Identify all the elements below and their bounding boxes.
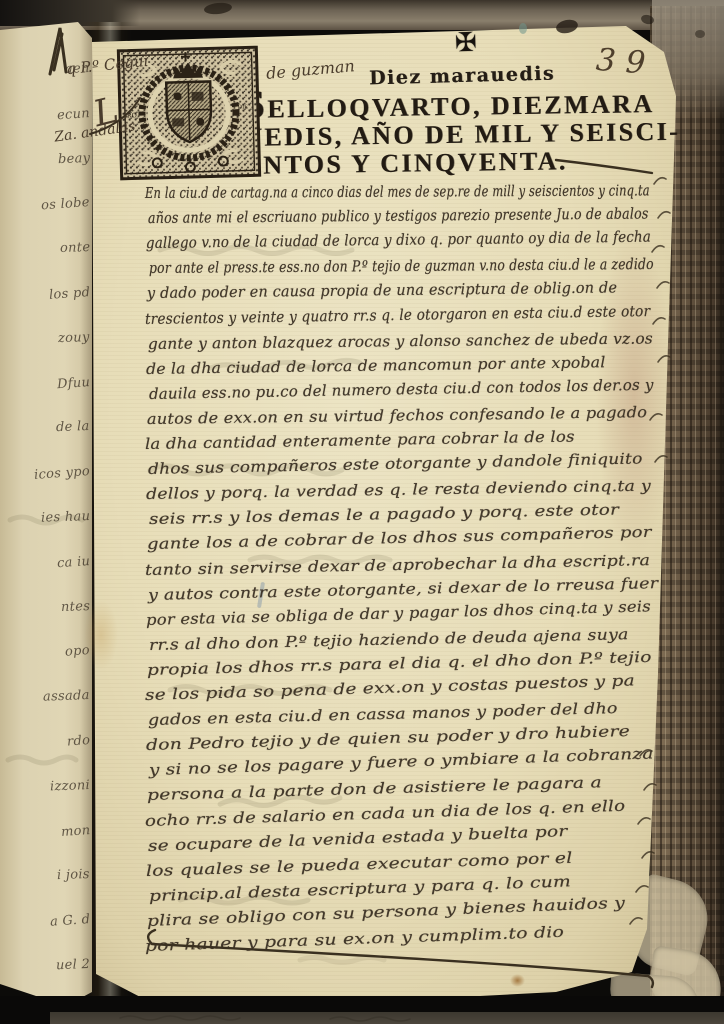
previous-page-text-fragment: los pd xyxy=(48,286,90,302)
book-top-edge-shadow xyxy=(0,0,140,26)
next-page-sliver xyxy=(50,1012,724,1024)
previous-page-text-fragment: zouy xyxy=(58,331,90,345)
previous-page-text-fragment: ies hau xyxy=(41,510,91,525)
manuscript-scan: aenecunbeayos lobeontelos pdzouyDfuude l… xyxy=(0,0,724,1024)
stamp-right-letters: DIE xyxy=(238,104,248,110)
previous-page-text-fragment: Dfuu xyxy=(56,376,90,391)
printed-header-line2: VEDIS, AÑO DE MIL Y SEISCI- xyxy=(243,118,655,152)
previous-page-text-fragment: izzoni xyxy=(50,779,90,793)
previous-page-edge: aenecunbeayos lobeontelos pdzouyDfuude l… xyxy=(0,22,92,1006)
previous-page-text-fragment: onte xyxy=(59,241,90,255)
previous-page-text-fragment: assada xyxy=(43,689,90,704)
previous-page-text-fragment: os lobe xyxy=(41,196,91,212)
previous-page-text-fragment: de la xyxy=(56,420,90,434)
previous-page-text-fragment: i jois xyxy=(57,868,90,882)
previous-page-text-fragment: ca iu xyxy=(56,555,90,570)
maltese-cross-ornament: ✠ xyxy=(454,28,477,59)
previous-page-text-fragment: ecun xyxy=(57,107,91,122)
previous-page-text-fragment: opo xyxy=(65,644,91,659)
previous-page-text-fragment: icos ypo xyxy=(34,465,91,482)
folio-number: 39 xyxy=(595,42,657,82)
previous-page-text-fragment: uel 2 xyxy=(56,958,91,972)
previous-page-text-fragment: rdo xyxy=(66,734,90,749)
previous-page-text-fragment: mon xyxy=(60,824,90,839)
printed-header-line3: ENTOS Y CINQVENTA. xyxy=(243,146,655,180)
previous-page-text-fragment: a G. d xyxy=(49,913,90,929)
previous-page-text-fragment: beay xyxy=(57,152,90,166)
printed-header: SELLOQVARTO, DIEZMARA VEDIS, AÑO DE MIL … xyxy=(242,85,655,180)
previous-page-text-fragment: ntes xyxy=(61,600,91,614)
